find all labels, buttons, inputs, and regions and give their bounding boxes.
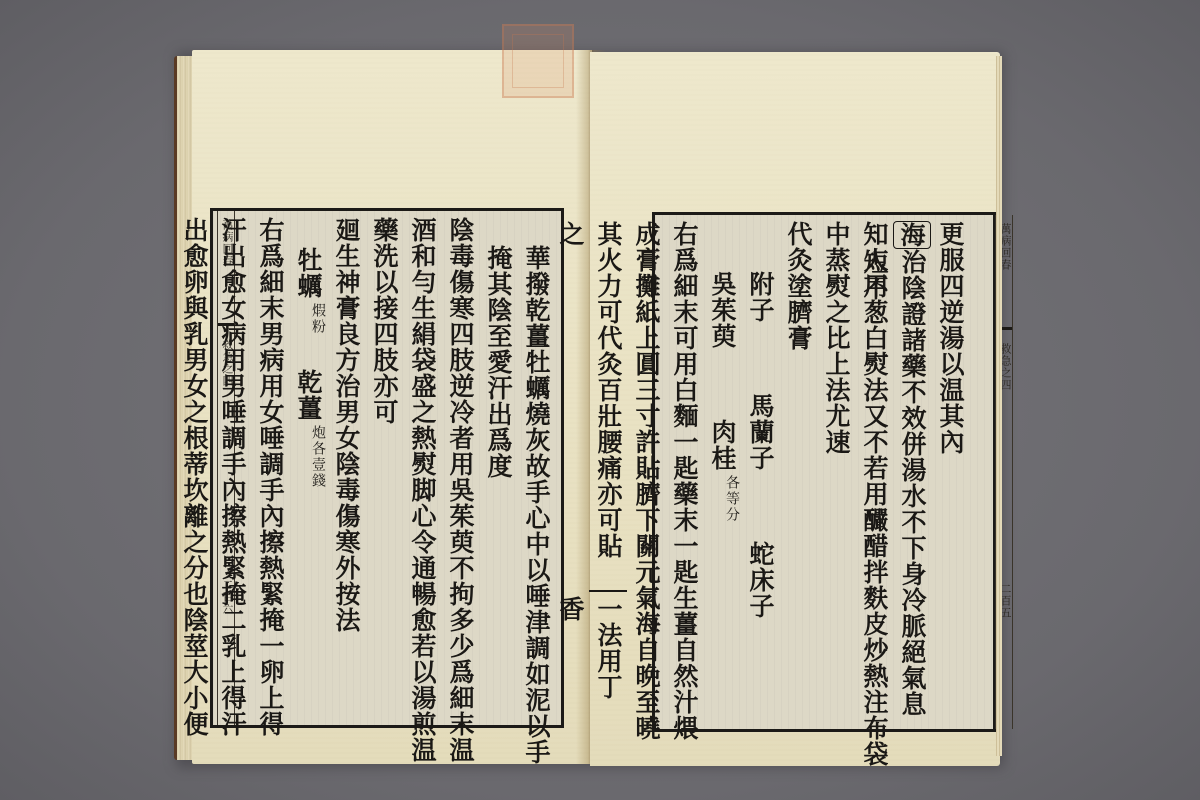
boxed-marker: 海 bbox=[893, 221, 931, 249]
text-column: 右爲細末男病用女唾調手內擦熱緊掩一卵上得 bbox=[251, 217, 289, 719]
collection-seal-stamp bbox=[502, 24, 574, 98]
text-column: 酒和勻生絹袋盛之熱熨脚心令通暢愈若以湯煎温 bbox=[403, 217, 441, 719]
text-column: 海 治陰證諸藥不效併湯水不下身冷脈絕氣息短不 bbox=[893, 221, 931, 723]
text-column: 右爲細末可用白麵一匙藥末一匙生薑自然汁煨 bbox=[665, 221, 703, 723]
open-book: 萬病回春 救急之四 二百六 華撥乾薑牡蠣燒灰故手心中以唾津調如泥以手 掩其陰至愛… bbox=[172, 46, 1004, 766]
ingredient-name: 吳茱萸 bbox=[703, 271, 741, 349]
left-page-print-frame: 萬病回春 救急之四 二百六 華撥乾薑牡蠣燒灰故手心中以唾津調如泥以手 掩其陰至愛… bbox=[210, 208, 564, 728]
book-right-edge bbox=[996, 56, 1002, 756]
ingredient-name: 馬蘭子 bbox=[741, 393, 779, 471]
left-page-text: 華撥乾薑牡蠣燒灰故手心中以唾津調如泥以手 掩其陰至愛汗出爲度 陰毒傷寒四肢逆冷者… bbox=[237, 217, 555, 719]
ingredient-name: 乾薑 bbox=[289, 369, 327, 421]
left-page: 萬病回春 救急之四 二百六 華撥乾薑牡蠣燒灰故手心中以唾津調如泥以手 掩其陰至愛… bbox=[192, 50, 592, 764]
ingredient-name: 蛇床子 bbox=[741, 541, 779, 619]
text-column: 陰毒傷寒四肢逆冷者用吳茱萸不拘多少爲細末温 bbox=[441, 217, 479, 719]
text-column: 藥洗以接四肢亦可 bbox=[365, 217, 403, 719]
text-column: 其火力可代灸百壯腰痛亦可貼之 一法用丁香 bbox=[589, 221, 627, 723]
text-column-heading: 廻生神膏良方治男女陰毒傷寒外按法 bbox=[327, 217, 365, 719]
text-column: 汗出愈女病用男唾調手內擦熱緊掩二乳上得汗 bbox=[213, 217, 251, 719]
right-page-text: 更服四逆湯以温其內 海 治陰證諸藥不效併湯水不下身冷脈絕氣息短不 知人用葱白熨法… bbox=[659, 221, 969, 723]
ingredient-name: 肉桂 bbox=[703, 419, 741, 471]
ingredient-column: 附子 馬蘭子 蛇床子 bbox=[741, 221, 779, 723]
text-column: 成膏攤紙上圓三寸許貼臍下關元氣海自晩至曉 bbox=[627, 221, 665, 723]
seal-border bbox=[512, 34, 564, 88]
text-column: 更服四逆湯以温其內 bbox=[931, 221, 969, 723]
text-column-body: 一法用丁香 bbox=[589, 590, 627, 723]
right-page-print-frame: 更服四逆湯以温其內 海 治陰證諸藥不效併湯水不下身冷脈絕氣息短不 知人用葱白熨法… bbox=[652, 212, 996, 732]
ingredient-note: 煆粉 bbox=[289, 303, 327, 335]
ingredient-column: 牡蠣 煆粉 乾薑 炮各壹錢 bbox=[289, 217, 327, 719]
ingredient-note: 各等分 bbox=[703, 475, 741, 523]
ingredient-column: 吳茱萸 肉桂 各等分 bbox=[703, 221, 741, 723]
ingredient-note: 炮各壹錢 bbox=[289, 425, 327, 489]
text-column: 華撥乾薑牡蠣燒灰故手心中以唾津調如泥以手 bbox=[517, 217, 555, 719]
ingredient-name: 附子 bbox=[741, 271, 779, 323]
text-column-body: 其火力可代灸百壯腰痛亦可貼之 bbox=[589, 221, 627, 576]
text-column: 中蒸熨之比上法尤速 bbox=[817, 221, 855, 723]
text-column-heading: 代灸塗臍膏 bbox=[779, 221, 817, 723]
text-column: 出愈卵與乳男女之根蒂坎離之分也陰莖大小便 bbox=[175, 217, 213, 719]
text-column: 掩其陰至愛汗出爲度 bbox=[479, 217, 517, 719]
ingredient-name: 牡蠣 bbox=[289, 247, 327, 299]
right-page: 更服四逆湯以温其內 海 治陰證諸藥不效併湯水不下身冷脈絕氣息短不 知人用葱白熨法… bbox=[590, 52, 1000, 766]
text-column-body: 治陰證諸藥不效併湯水不下身冷脈絕氣息短不 bbox=[893, 249, 931, 723]
